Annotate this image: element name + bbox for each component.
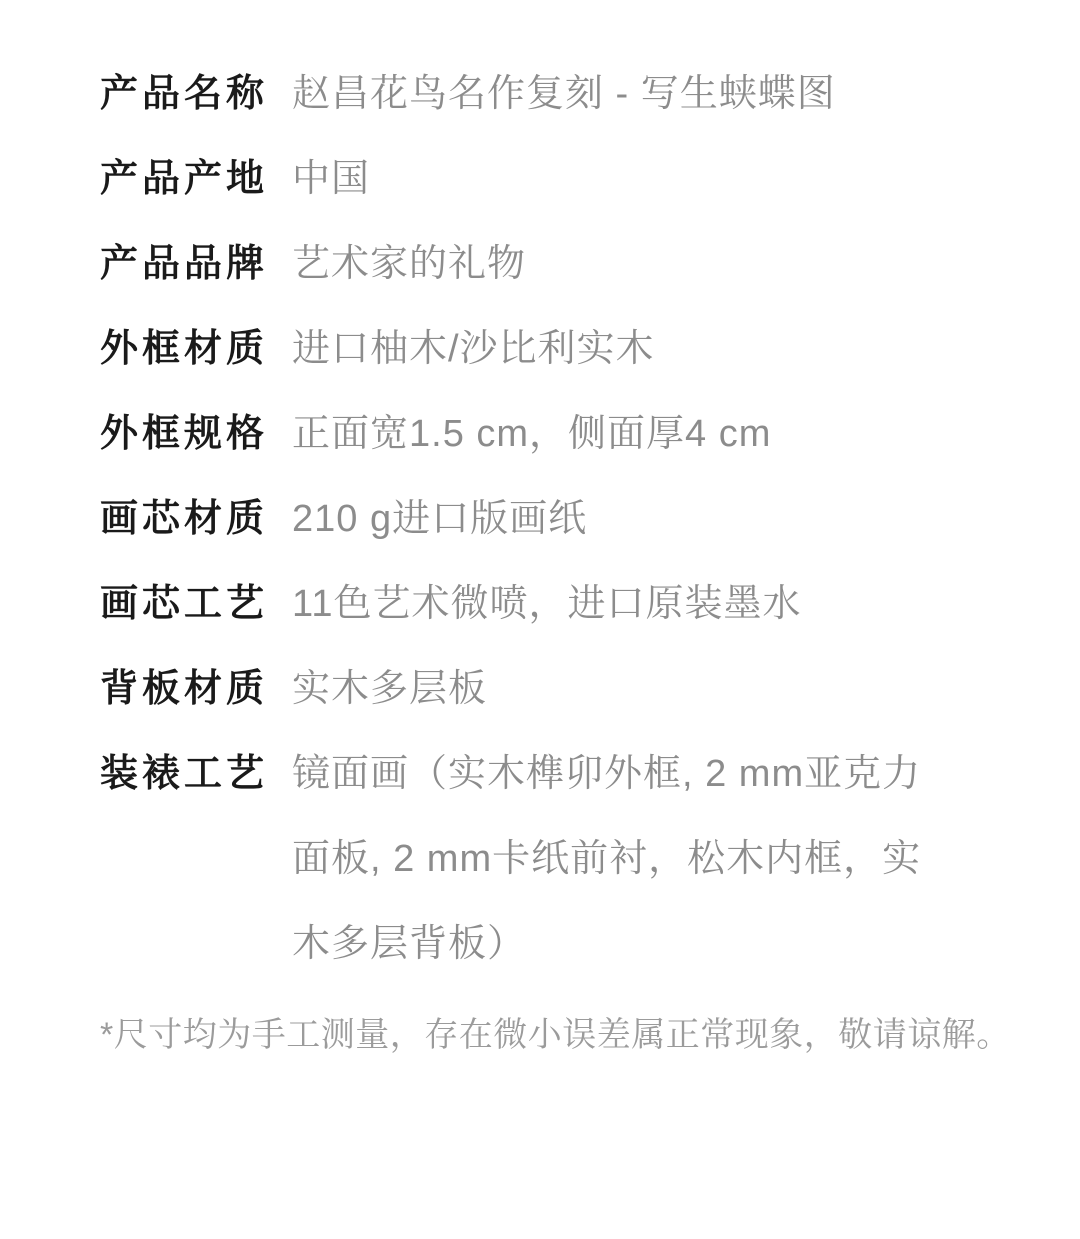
product-spec-section: 产品名称 赵昌花鸟名作复刻 - 写生蛱蝶图 产品产地 中国 产品品牌 艺术家的礼… [0,0,1080,1060]
spec-label: 外框材质 [100,307,272,392]
spec-value: 210 g进口版画纸 [292,477,960,562]
spec-label: 产品名称 [100,52,272,137]
measurement-disclaimer: *尺寸均为手工测量，存在微小误差属正常现象，敬请谅解。 [100,1010,960,1060]
spec-row: 画芯材质 210 g进口版画纸 [100,477,960,562]
spec-table: 产品名称 赵昌花鸟名作复刻 - 写生蛱蝶图 产品产地 中国 产品品牌 艺术家的礼… [100,52,960,987]
spec-value: 中国 [292,137,960,222]
spec-label: 画芯工艺 [100,562,272,647]
spec-row: 产品名称 赵昌花鸟名作复刻 - 写生蛱蝶图 [100,52,960,137]
spec-value: 正面宽1.5 cm，侧面厚4 cm [292,392,960,477]
spec-value: 11色艺术微喷，进口原装墨水 [292,562,960,647]
spec-row: 外框规格 正面宽1.5 cm，侧面厚4 cm [100,392,960,477]
spec-label: 背板材质 [100,647,272,732]
spec-row: 装裱工艺 镜面画（实木榫卯外框, 2 mm亚克力面板, 2 mm卡纸前衬，松木内… [100,732,960,987]
spec-row: 画芯工艺 11色艺术微喷，进口原装墨水 [100,562,960,647]
spec-value: 艺术家的礼物 [292,222,960,307]
spec-label: 外框规格 [100,392,272,477]
spec-value: 进口柚木/沙比利实木 [292,307,960,392]
spec-value: 赵昌花鸟名作复刻 - 写生蛱蝶图 [292,52,960,137]
spec-label: 产品产地 [100,137,272,222]
spec-row: 外框材质 进口柚木/沙比利实木 [100,307,960,392]
spec-row: 背板材质 实木多层板 [100,647,960,732]
spec-row: 产品品牌 艺术家的礼物 [100,222,960,307]
spec-label: 画芯材质 [100,477,272,562]
spec-value: 镜面画（实木榫卯外框, 2 mm亚克力面板, 2 mm卡纸前衬，松木内框，实木多… [292,732,960,987]
spec-label: 装裱工艺 [100,732,272,817]
spec-row: 产品产地 中国 [100,137,960,222]
spec-label: 产品品牌 [100,222,272,307]
spec-value: 实木多层板 [292,647,960,732]
